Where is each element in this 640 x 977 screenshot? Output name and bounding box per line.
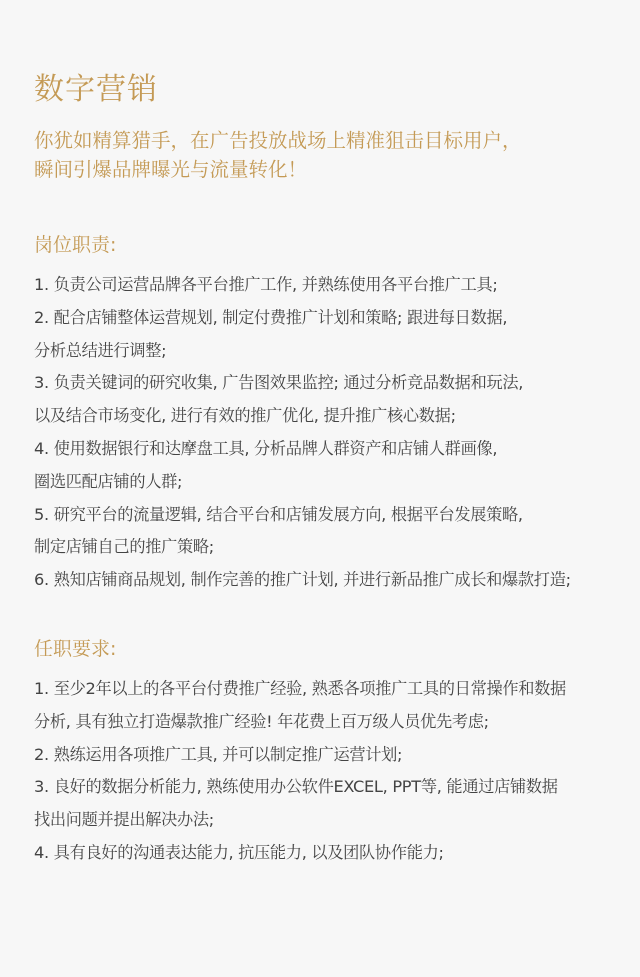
- list-item-continuation: 圈选匹配店铺的人群;: [34, 466, 571, 499]
- list-item: 2. 熟练运用各项推广工具, 并可以制定推广运营计划;: [34, 739, 566, 772]
- list-item: 4. 使用数据银行和达摩盘工具, 分析品牌人群资产和店铺人群画像,: [34, 433, 571, 466]
- list-item-continuation: 分析, 具有独立打造爆款推广经验! 年花费上百万级人员优先考虑;: [34, 706, 566, 739]
- list-item-continuation: 制定店铺自己的推广策略;: [34, 531, 571, 564]
- page-title: 数字营销: [34, 70, 158, 110]
- list-item-continuation: 以及结合市场变化, 进行有效的推广优化, 提升推广核心数据;: [34, 400, 571, 433]
- requirements-list: 1. 至少2年以上的各平台付费推广经验, 熟悉各项推广工具的日常操作和数据 分析…: [34, 673, 566, 870]
- list-item: 6. 熟知店铺商品规划, 制作完善的推广计划, 并进行新品推广成长和爆款打造;: [34, 564, 571, 597]
- list-item: 2. 配合店铺整体运营规划, 制定付费推广计划和策略; 跟进每日数据,: [34, 302, 571, 335]
- list-item-continuation: 找出问题并提出解决办法;: [34, 804, 566, 837]
- page-subtitle: 你犹如精算猎手，在广告投放战场上精准狙击目标用户， 瞬间引爆品牌曝光与流量转化！: [34, 126, 522, 184]
- list-item: 5. 研究平台的流量逻辑, 结合平台和店铺发展方向, 根据平台发展策略,: [34, 499, 571, 532]
- requirements-heading: 任职要求:: [34, 636, 116, 662]
- list-item: 1. 负责公司运营品牌各平台推广工作, 并熟练使用各平台推广工具;: [34, 269, 571, 302]
- responsibilities-list: 1. 负责公司运营品牌各平台推广工作, 并熟练使用各平台推广工具; 2. 配合店…: [34, 269, 571, 597]
- list-item: 1. 至少2年以上的各平台付费推广经验, 熟悉各项推广工具的日常操作和数据: [34, 673, 566, 706]
- list-item-continuation: 分析总结进行调整;: [34, 335, 571, 368]
- list-item: 3. 良好的数据分析能力, 熟练使用办公软件EXCEL, PPT等, 能通过店铺…: [34, 771, 566, 804]
- list-item: 3. 负责关键词的研究收集, 广告图效果监控; 通过分析竞品数据和玩法,: [34, 367, 571, 400]
- subtitle-line: 瞬间引爆品牌曝光与流量转化！: [34, 155, 522, 184]
- list-item: 4. 具有良好的沟通表达能力, 抗压能力, 以及团队协作能力;: [34, 837, 566, 870]
- subtitle-line: 你犹如精算猎手，在广告投放战场上精准狙击目标用户，: [34, 126, 522, 155]
- responsibilities-heading: 岗位职责:: [34, 232, 116, 258]
